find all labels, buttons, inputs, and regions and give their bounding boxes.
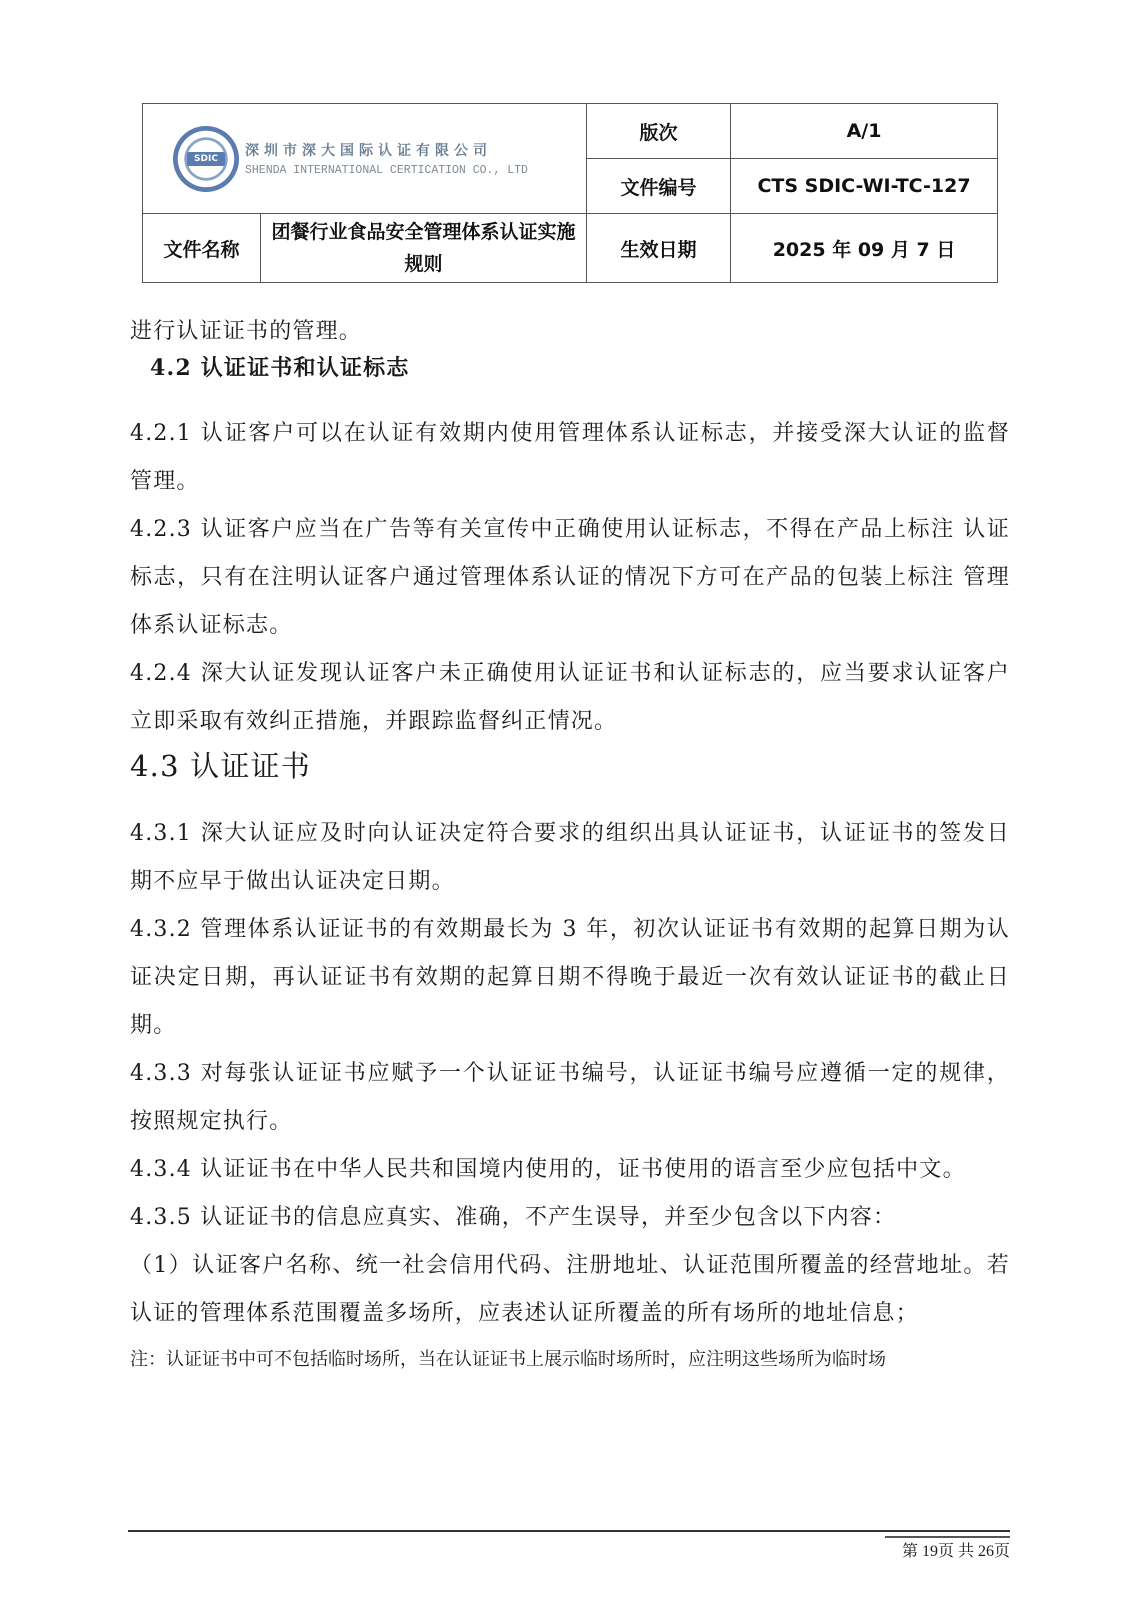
logo-text: SDIC bbox=[187, 152, 225, 166]
edition-value: A/1 bbox=[731, 104, 998, 159]
paragraph-4-2-3: 4.2.3 认证客户应当在广告等有关宣传中正确使用认证标志，不得在产品上标注 认… bbox=[130, 506, 1010, 650]
note-text: 注：认证证书中可不包括临时场所，当在认证证书上展示临时场所时，应注明这些场所为临… bbox=[130, 1338, 1010, 1382]
list-item-1: （1）认证客户名称、统一社会信用代码、注册地址、认证范围所覆盖的经营地址。若认证… bbox=[130, 1242, 1010, 1338]
docno-label: 文件编号 bbox=[587, 159, 731, 214]
paragraph-4-3-3: 4.3.3 对每张认证证书应赋予一个认证证书编号，认证证书编号应遵循一定的规律，… bbox=[130, 1050, 1010, 1146]
document-header-table: SDIC 深圳市深大国际认证有限公司 SHENDA INTERNATIONAL … bbox=[142, 103, 998, 283]
section-heading-4-2: 4.2 认证证书和认证标志 bbox=[130, 350, 1010, 386]
docno-value: CTS SDIC-WI-TC-127 bbox=[731, 159, 998, 214]
page-number: 第 19页 共 26页 bbox=[885, 1538, 1010, 1561]
company-logo-icon: SDIC bbox=[173, 126, 239, 192]
effective-label: 生效日期 bbox=[587, 214, 731, 283]
document-body: 进行认证证书的管理。 4.2 认证证书和认证标志 4.2.1 认证客户可以在认证… bbox=[130, 314, 1010, 1382]
paragraph-4-3-1: 4.3.1 深大认证应及时向认证决定符合要求的组织出具认证证书，认证证书的签发日… bbox=[130, 810, 1010, 906]
effective-value: 2025 年 09 月 7 日 bbox=[731, 214, 998, 283]
paragraph-4-2-4: 4.2.4 深大认证发现认证客户未正确使用认证证书和认证标志的，应当要求认证客户… bbox=[130, 650, 1010, 746]
section-heading-4-3: 4.3 认证证书 bbox=[130, 746, 1010, 786]
docname-value: 团餐行业食品安全管理体系认证实施规则 bbox=[261, 214, 587, 283]
footer-divider bbox=[128, 1530, 1010, 1532]
paragraph-4-3-5: 4.3.5 认证证书的信息应真实、准确，不产生误导，并至少包含以下内容： bbox=[130, 1194, 1010, 1242]
company-name-cn: 深圳市深大国际认证有限公司 bbox=[245, 140, 528, 160]
company-cell: SDIC 深圳市深大国际认证有限公司 SHENDA INTERNATIONAL … bbox=[143, 104, 587, 214]
paragraph-4-3-2: 4.3.2 管理体系认证证书的有效期最长为 3 年，初次认证证书有效期的起算日期… bbox=[130, 906, 1010, 1050]
company-name-en: SHENDA INTERNATIONAL CERTICATION CO., LT… bbox=[245, 164, 528, 177]
paragraph-4-3-4: 4.3.4 认证证书在中华人民共和国境内使用的，证书使用的语言至少应包括中文。 bbox=[130, 1146, 1010, 1194]
lead-paragraph: 进行认证证书的管理。 bbox=[130, 314, 1010, 350]
edition-label: 版次 bbox=[587, 104, 731, 159]
docname-label: 文件名称 bbox=[143, 214, 261, 283]
paragraph-4-2-1: 4.2.1 认证客户可以在认证有效期内使用管理体系认证标志，并接受深大认证的监督… bbox=[130, 410, 1010, 506]
